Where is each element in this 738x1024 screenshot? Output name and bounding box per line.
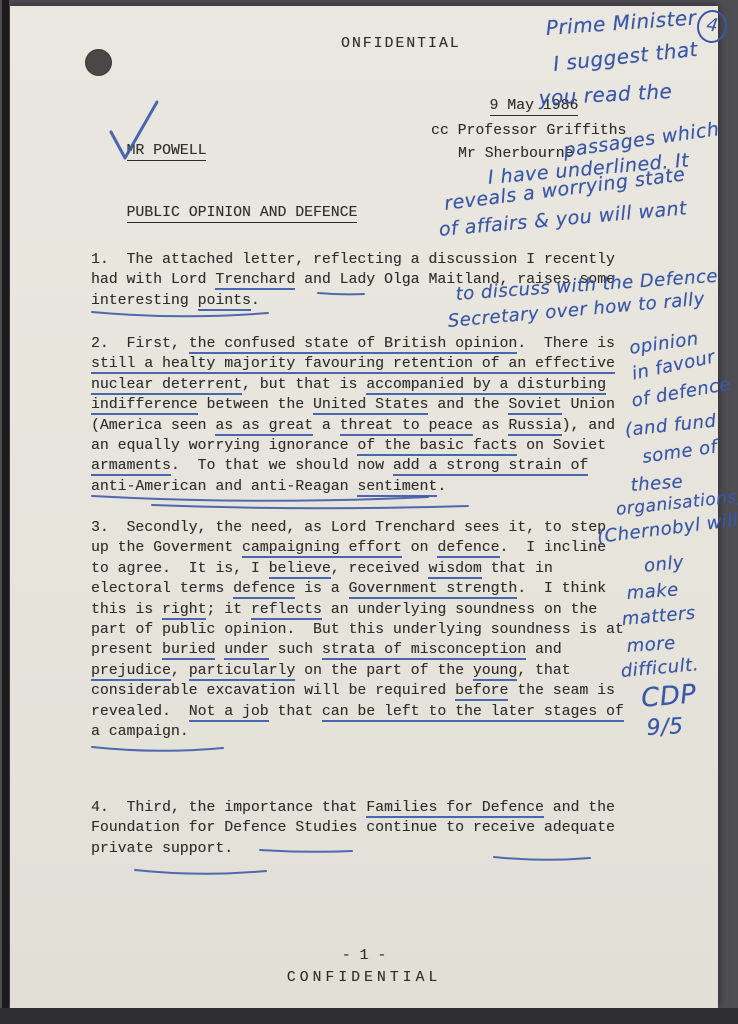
typed-text: on the part of the — [295, 663, 473, 679]
typed-text: ), and — [562, 418, 615, 434]
typed-text: between the — [198, 397, 313, 413]
typed-line: present buried under such strata of misc… — [91, 640, 651, 660]
paragraph-4: 4. Third, the importance that Families f… — [91, 798, 651, 859]
typed-text: had with Lord — [91, 272, 215, 288]
hole-punch — [85, 49, 112, 76]
typed-text: a campaign. — [91, 724, 189, 740]
typed-text: and the — [544, 800, 615, 816]
typed-text: . To that we should now — [171, 458, 393, 474]
typed-text: electoral terms — [91, 581, 233, 597]
typed-text: Foundation for Defence Studies continue … — [91, 820, 615, 836]
typed-text: part of public opinion. But this underly… — [91, 622, 624, 638]
pen-underlined-text: before — [455, 683, 508, 701]
pen-underlined-text: indifference — [91, 397, 198, 415]
typed-line: 1. The attached letter, reflecting a dis… — [91, 250, 651, 270]
handwriting-note: only — [643, 552, 685, 577]
handwriting-note: more — [626, 633, 676, 657]
footer-security-marking: CONFIDENTIAL — [84, 968, 644, 988]
typed-text: such — [269, 642, 322, 658]
typed-text: , but that is — [242, 377, 366, 393]
pen-underlined-text: still a healty majority favouring retent… — [91, 356, 615, 374]
handwriting-note: these — [630, 471, 684, 496]
pen-underlined-text: buried — [162, 642, 215, 660]
typed-line: a campaign. — [91, 722, 651, 742]
typed-text: , — [171, 663, 189, 679]
typed-line: still a healty majority favouring retent… — [91, 354, 651, 374]
typed-text: on Soviet — [517, 438, 606, 454]
typed-text: . There is — [517, 336, 615, 352]
pen-underlined-text: wisdom — [428, 561, 481, 579]
tick-mark — [105, 96, 165, 166]
ink-stroke — [492, 855, 592, 867]
typed-text: is a — [295, 581, 348, 597]
handwriting-note: 9/5 — [646, 714, 684, 741]
typed-text: up the Goverment — [91, 540, 242, 556]
pen-underlined-text: Government strength — [349, 581, 518, 599]
document-title-text: PUBLIC OPINION AND DEFENCE — [127, 205, 358, 223]
typed-text: 2. First, — [91, 336, 189, 352]
typed-line: up the Goverment campaigning effort on d… — [91, 538, 651, 558]
handwriting-note: make — [626, 579, 679, 604]
scan-background: ONFIDENTIAL 9 May 1986 MR POWELL cc Prof… — [0, 0, 738, 1024]
typed-line: Foundation for Defence Studies continue … — [91, 818, 651, 838]
typed-text: and the — [428, 397, 508, 413]
pen-underlined-text: believe — [269, 561, 331, 579]
pen-underlined-text: can be left to the later stages of — [322, 704, 624, 722]
typed-text: a — [313, 418, 340, 434]
typed-line: this is right; it reflects an underlying… — [91, 600, 651, 620]
pen-underlined-text: under — [224, 642, 268, 660]
ink-stroke — [133, 868, 268, 882]
typed-text: . — [437, 479, 446, 495]
ink-stroke — [150, 503, 470, 516]
pen-underlined-text: Trenchard — [215, 272, 295, 290]
typed-text: that — [269, 704, 322, 720]
typed-text: as — [473, 418, 509, 434]
typed-text: an equally worrying ignorance — [91, 438, 357, 454]
typed-line: to agree. It is, I believe, received wis… — [91, 559, 651, 579]
typed-text: considerable excavation will be required — [91, 683, 455, 699]
typed-text: (America seen — [91, 418, 215, 434]
typed-line: 3. Secondly, the need, as Lord Trenchard… — [91, 518, 651, 538]
paragraph-3: 3. Secondly, the need, as Lord Trenchard… — [91, 518, 651, 742]
footer-page-number: - 1 - — [84, 946, 644, 966]
pen-underlined-text: Families for Defence — [366, 800, 544, 818]
typed-text — [215, 642, 224, 658]
typed-line: part of public opinion. But this underly… — [91, 620, 651, 640]
typed-line: 4. Third, the importance that Families f… — [91, 798, 651, 818]
typed-text: , that — [517, 663, 570, 679]
typed-text: present — [91, 642, 162, 658]
typed-text: anti-American and anti-Reagan — [91, 479, 357, 495]
pen-underlined-text: campaigning effort — [242, 540, 402, 558]
typed-line: nuclear deterrent, but that is accompani… — [91, 375, 651, 395]
typed-line: considerable excavation will be required… — [91, 681, 651, 701]
typed-text: to agree. It is, I — [91, 561, 269, 577]
typed-line: indifference between the United States a… — [91, 395, 651, 415]
typed-line: revealed. Not a job that can be left to … — [91, 702, 651, 722]
typed-text: interesting — [91, 293, 198, 309]
typed-text: . I incline — [500, 540, 607, 556]
pen-underlined-text: defence — [437, 540, 499, 558]
pen-underlined-text: armaments — [91, 458, 171, 476]
typed-text: ; it — [206, 602, 250, 618]
typed-text: revealed. — [91, 704, 189, 720]
typed-text: , received — [331, 561, 429, 577]
pen-underlined-text: defence — [233, 581, 295, 599]
pen-underlined-text: the confused state of British opinion — [189, 336, 518, 354]
pen-underlined-text: add a strong strain of — [393, 458, 588, 476]
ink-stroke — [90, 745, 225, 759]
pen-underlined-text: Russia — [508, 418, 561, 436]
typed-line: prejudice, particularly on the part of t… — [91, 661, 651, 681]
typed-line: (America seen as as great a threat to pe… — [91, 416, 651, 436]
typed-line: 2. First, the confused state of British … — [91, 334, 651, 354]
scan-edge-left — [2, 0, 9, 1024]
pen-underlined-text: accompanied by a disturbing — [366, 377, 606, 395]
paragraph-2: 2. First, the confused state of British … — [91, 334, 651, 497]
pen-underlined-text: Not a job — [189, 704, 269, 722]
pen-underlined-text: of the basic facts — [357, 438, 517, 456]
pen-underlined-text: strata of misconception — [322, 642, 526, 660]
pen-underlined-text: right — [162, 602, 206, 620]
pen-underlined-text: reflects — [251, 602, 322, 620]
typed-line: an equally worrying ignorance of the bas… — [91, 436, 651, 456]
typed-text: this is — [91, 602, 162, 618]
typed-text: . — [251, 293, 260, 309]
ink-stroke — [316, 291, 366, 299]
pen-underlined-text: points — [198, 293, 251, 311]
pen-underlined-text: United States — [313, 397, 428, 415]
typed-text: an underlying soundness on the — [322, 602, 597, 618]
security-marking-top: ONFIDENTIAL — [341, 34, 461, 54]
typed-text: the seam is — [508, 683, 615, 699]
typed-line: electoral terms defence is a Government … — [91, 579, 651, 599]
typed-text: that in — [482, 561, 553, 577]
ink-stroke — [258, 848, 354, 858]
scan-edge-bottom — [0, 1008, 738, 1024]
document-title: PUBLIC OPINION AND DEFENCE — [91, 183, 357, 244]
typed-text: Union — [562, 397, 615, 413]
pen-underlined-text: nuclear deterrent — [91, 377, 242, 395]
pen-underlined-text: Soviet — [508, 397, 561, 415]
pen-underlined-text: young — [473, 663, 517, 681]
typed-text: . I think — [517, 581, 606, 597]
typed-text: 1. The attached letter, reflecting a dis… — [91, 252, 615, 268]
typed-text: 3. Secondly, the need, as Lord Trenchard… — [91, 520, 606, 536]
typed-text: and — [526, 642, 562, 658]
typed-text: private support. — [91, 841, 233, 857]
handwriting-note: CDP — [640, 679, 698, 714]
pen-underlined-text: particularly — [189, 663, 296, 681]
pen-underlined-text: prejudice — [91, 663, 171, 681]
pen-underlined-text: threat to peace — [340, 418, 473, 436]
typed-text: 4. Third, the importance that — [91, 800, 366, 816]
ink-stroke — [90, 310, 270, 324]
typed-text: on — [402, 540, 438, 556]
pen-underlined-text: as as great — [215, 418, 313, 436]
typed-line: armaments. To that we should now add a s… — [91, 456, 651, 476]
